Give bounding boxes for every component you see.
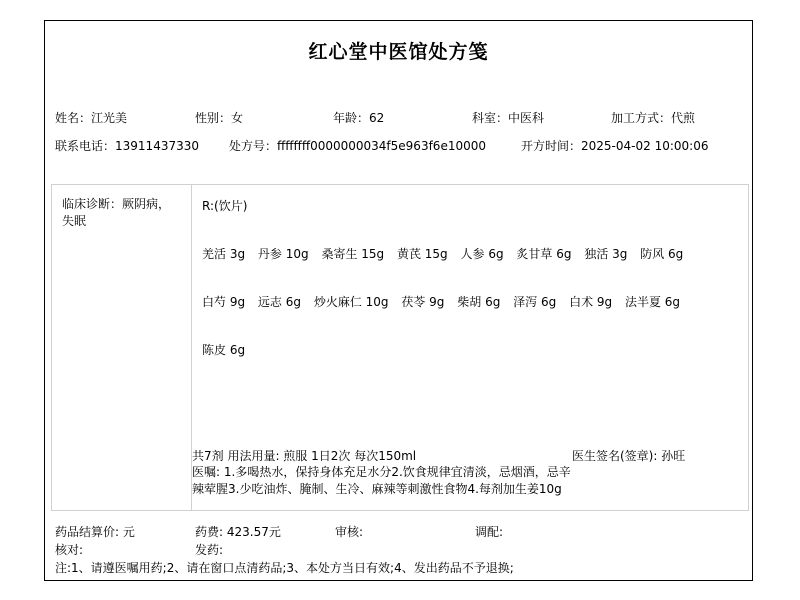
rx-time-label: 开方时间： bbox=[521, 139, 581, 153]
processing-value: 代煎 bbox=[671, 111, 695, 125]
diagnosis-label: 临床诊断： bbox=[62, 197, 122, 211]
herb-item: 茯苓 9g bbox=[401, 295, 444, 309]
check-field: 核对: bbox=[55, 541, 83, 558]
age-label: 年龄： bbox=[333, 111, 369, 125]
review-field: 审核: bbox=[335, 523, 363, 540]
herb-item: 白芍 9g bbox=[202, 295, 245, 309]
phone-value: 13911437330 bbox=[115, 139, 199, 153]
processing-method: 加工方式：代煎 bbox=[611, 109, 695, 126]
gender-value: 女 bbox=[231, 111, 243, 125]
herb-item: 桑寄生 15g bbox=[321, 247, 384, 261]
herb-line-1: 羌活 3g 丹参 10g 桑寄生 15g 黄芪 15g 人参 6g 炙甘草 6g… bbox=[202, 245, 692, 262]
herb-item: 泽泻 6g bbox=[513, 295, 556, 309]
department: 科室：中医科 bbox=[472, 109, 544, 126]
patient-age: 年龄：62 bbox=[333, 109, 384, 126]
phone: 联系电话：13911437330 bbox=[55, 137, 199, 154]
advice-label: 医嘱: bbox=[192, 465, 220, 479]
herb-item: 远志 6g bbox=[258, 295, 301, 309]
name-label: 姓名： bbox=[55, 111, 91, 125]
dispense-field: 调配: bbox=[475, 523, 503, 540]
usage-dosage: 共7剂 用法用量: 煎服 1日2次 每次150ml bbox=[192, 447, 416, 464]
fee-label: 药费: bbox=[195, 525, 223, 539]
rx-time-value: 2025-04-02 10:00:06 bbox=[581, 139, 708, 153]
herb-item: 炒火麻仁 10g bbox=[314, 295, 389, 309]
department-value: 中医科 bbox=[508, 111, 544, 125]
issue-field: 发药: bbox=[195, 541, 223, 558]
patient-name: 姓名：江光美 bbox=[55, 109, 127, 126]
fee-value: 423.57元 bbox=[227, 525, 281, 539]
signature-label: 医生签名(签章): bbox=[572, 449, 657, 463]
diagnosis-cell: 临床诊断：厥阴病，失眠 bbox=[52, 185, 192, 510]
patient-gender: 性别：女 bbox=[195, 109, 243, 126]
doctor-signature: 医生签名(签章): 孙旺 bbox=[572, 447, 685, 464]
rx-no-value: ffffffff0000000034f5e963f6e10000 bbox=[277, 139, 486, 153]
herb-item: 陈皮 6g bbox=[202, 343, 245, 357]
rx-no-label: 处方号： bbox=[229, 139, 277, 153]
prescription-time: 开方时间：2025-04-02 10:00:06 bbox=[521, 137, 708, 154]
settle-price-label: 药品结算价: bbox=[55, 525, 119, 539]
herb-item: 白术 9g bbox=[569, 295, 612, 309]
herb-item: 羌活 3g bbox=[202, 247, 245, 261]
herb-item: 法半夏 6g bbox=[625, 295, 680, 309]
rx-header: R:(饮片) bbox=[202, 197, 247, 214]
prescription-cell: R:(饮片) 羌活 3g 丹参 10g 桑寄生 15g 黄芪 15g 人参 6g… bbox=[192, 185, 748, 510]
herb-item: 炙甘草 6g bbox=[516, 247, 571, 261]
prescription-table: 临床诊断：厥阴病，失眠 R:(饮片) 羌活 3g 丹参 10g 桑寄生 15g … bbox=[51, 184, 749, 511]
herb-item: 柴胡 6g bbox=[457, 295, 500, 309]
settle-price-value: 元 bbox=[123, 525, 135, 539]
name-value: 江光美 bbox=[91, 111, 127, 125]
footer-note: 注:1、请遵医嘱用药;2、请在窗口点清药品;3、本处方当日有效;4、发出药品不予… bbox=[55, 559, 514, 576]
drug-fee: 药费: 423.57元 bbox=[195, 523, 281, 540]
herb-item: 黄芪 15g bbox=[397, 247, 448, 261]
herb-line-3: 陈皮 6g bbox=[202, 341, 254, 358]
prescription-number: 处方号：ffffffff0000000034f5e963f6e10000 bbox=[229, 137, 486, 154]
advice-text: 1.多喝热水，保持身体充足水分2.饮食规律宜清淡，忌烟酒，忌辛辣荤腥3.少吃油炸… bbox=[192, 465, 571, 496]
page-title: 红心堂中医馆处方笺 bbox=[45, 37, 752, 64]
doctor-name: 孙旺 bbox=[661, 449, 685, 463]
herb-item: 人参 6g bbox=[461, 247, 504, 261]
medical-advice: 医嘱: 1.多喝热水，保持身体充足水分2.饮食规律宜清淡，忌烟酒，忌辛辣荤腥3.… bbox=[192, 464, 572, 498]
age-value: 62 bbox=[369, 111, 384, 125]
processing-label: 加工方式： bbox=[611, 111, 671, 125]
phone-label: 联系电话： bbox=[55, 139, 115, 153]
gender-label: 性别： bbox=[195, 111, 231, 125]
department-label: 科室： bbox=[472, 111, 508, 125]
herb-item: 丹参 10g bbox=[258, 247, 309, 261]
herb-item: 独活 3g bbox=[584, 247, 627, 261]
herb-line-2: 白芍 9g 远志 6g 炒火麻仁 10g 茯苓 9g 柴胡 6g 泽泻 6g 白… bbox=[202, 293, 689, 310]
herb-item: 防风 6g bbox=[640, 247, 683, 261]
prescription-sheet: 红心堂中医馆处方笺 姓名：江光美 性别：女 年龄：62 科室：中医科 加工方式：… bbox=[44, 20, 753, 581]
settle-price: 药品结算价: 元 bbox=[55, 523, 135, 540]
